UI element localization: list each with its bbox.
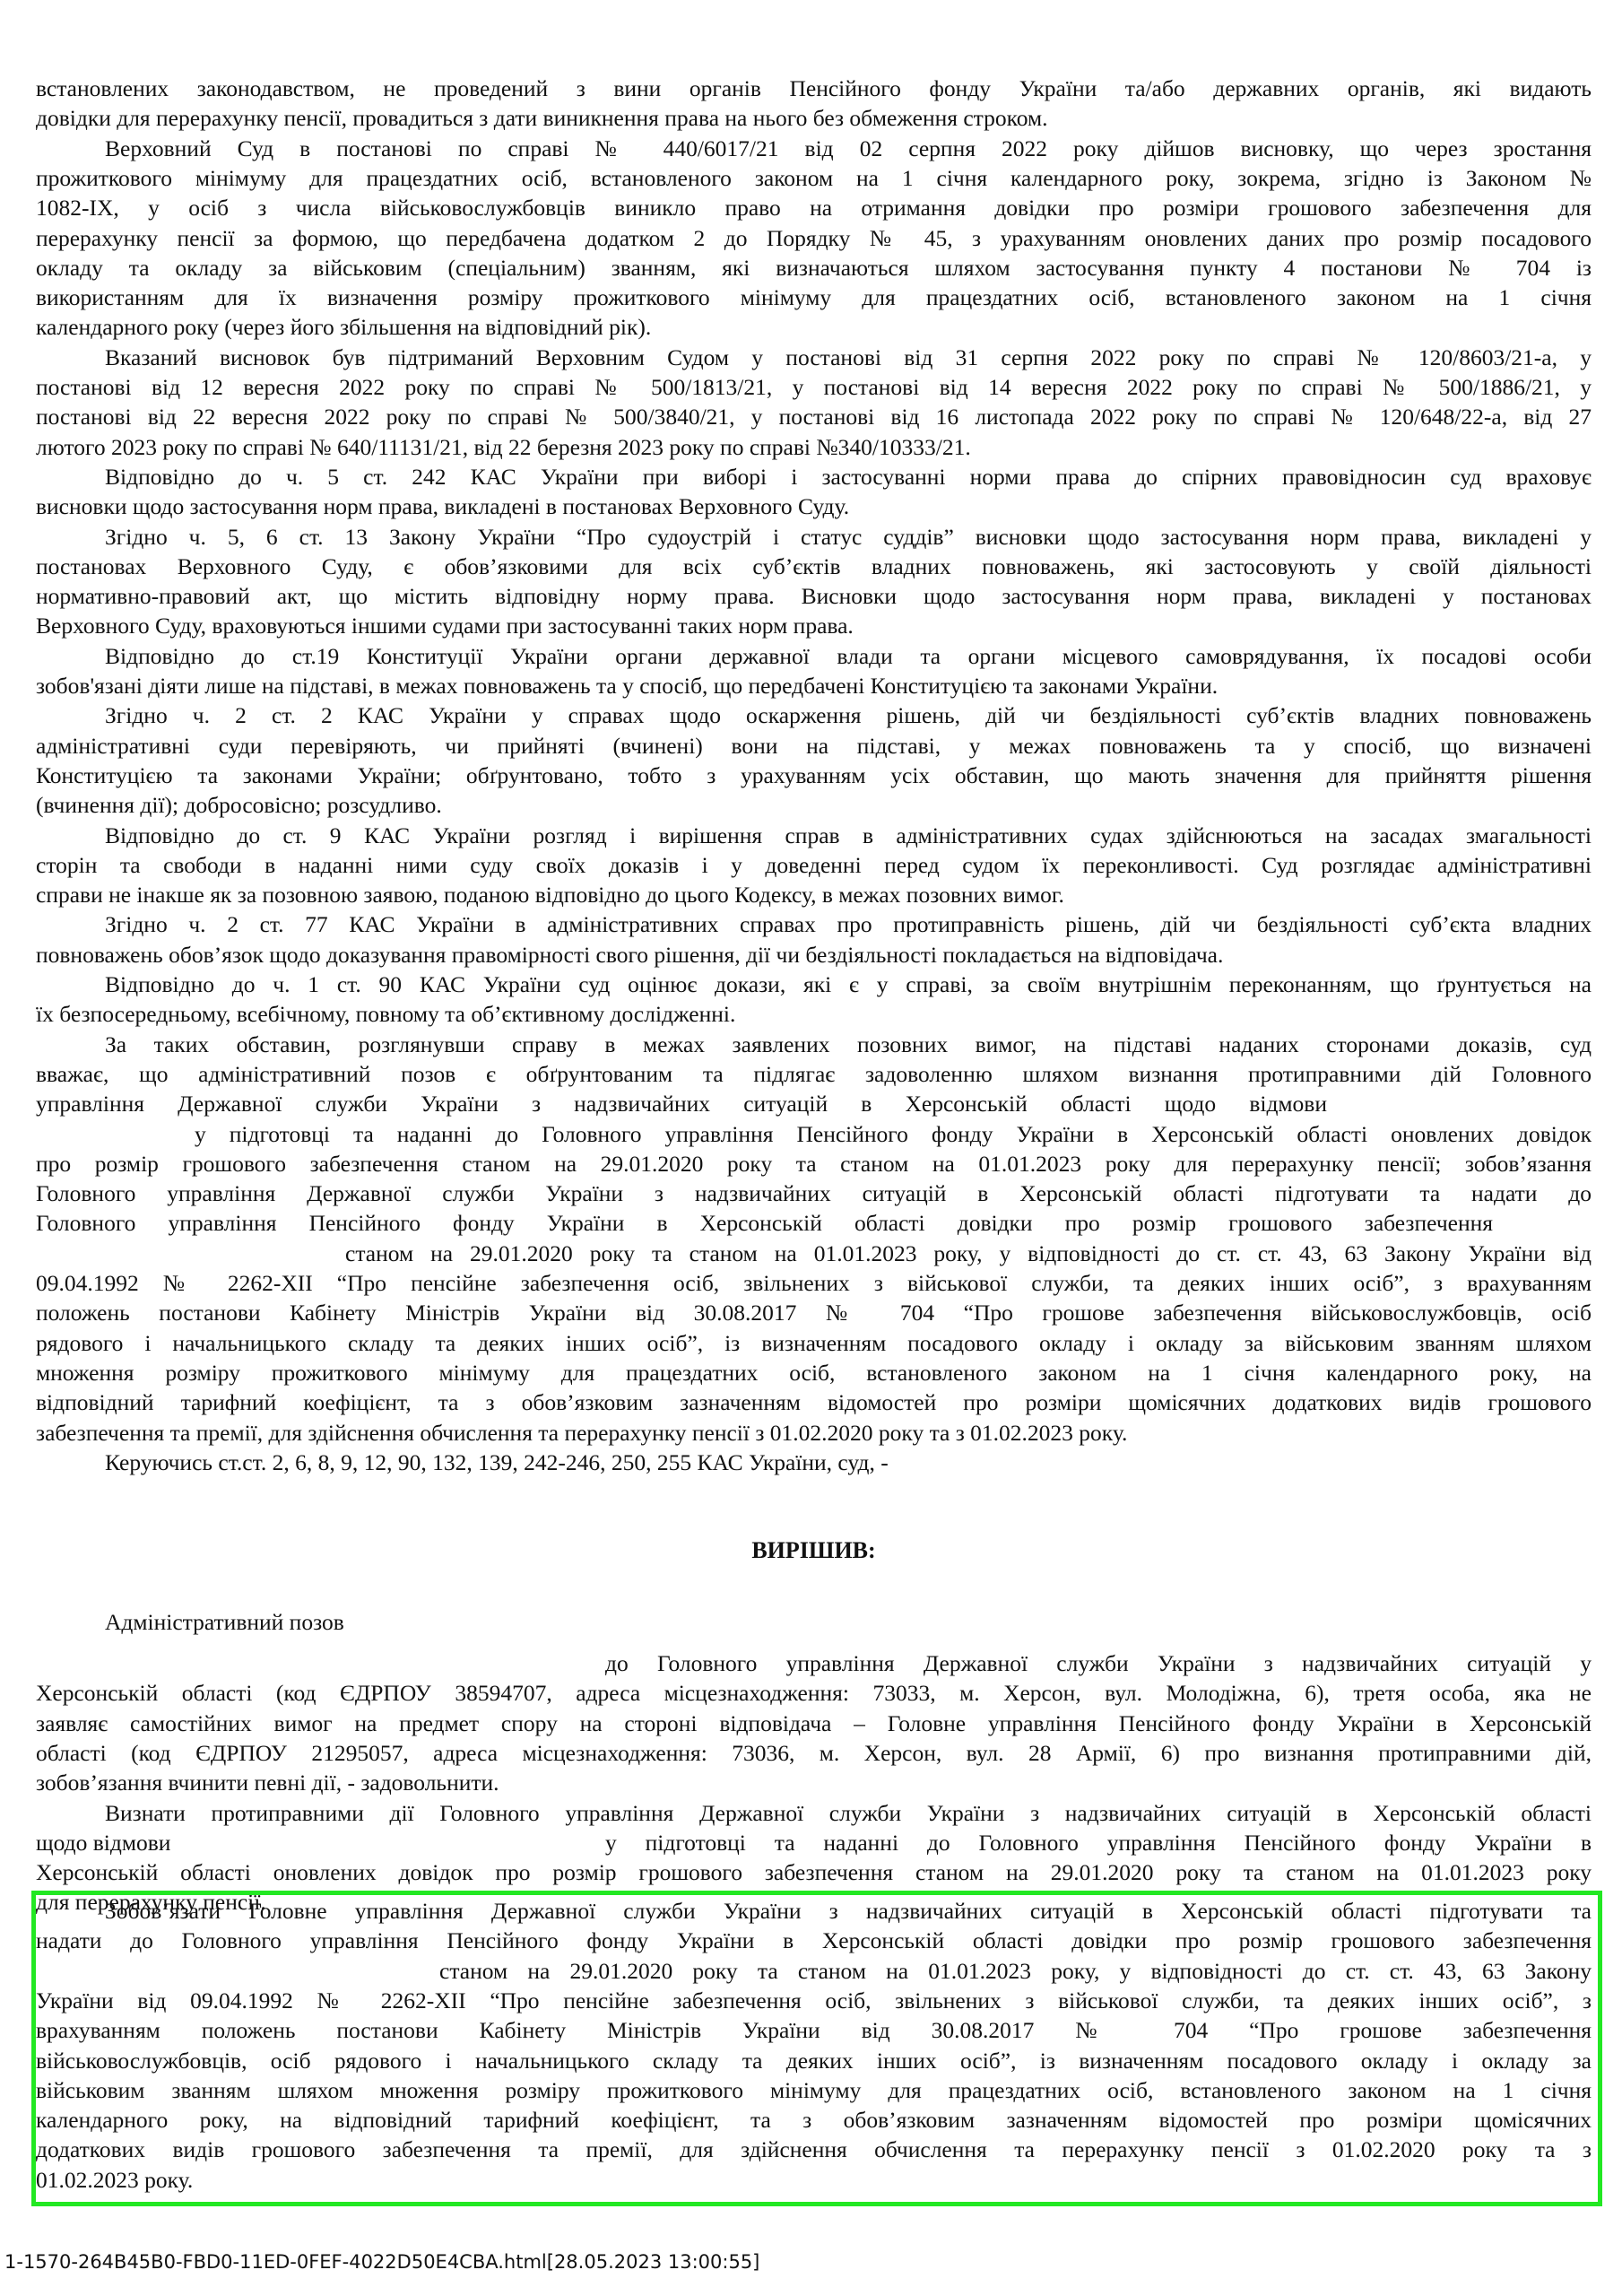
text-line: встановлених законодавством, не проведен… <box>36 74 1592 103</box>
text-line: станом на 29.01.2020 року та станом на 0… <box>36 1239 1592 1268</box>
text-line: Адміністративний позов <box>36 1607 1592 1637</box>
text-line: справи не інакше як за позовною заявою, … <box>36 880 1592 909</box>
file-footer: 1-1570-264B45B0-FBD0-11ED-0FEF-4022D50E4… <box>4 2251 759 2273</box>
text-line: адміністративні суди перевіряють, чи при… <box>36 731 1592 761</box>
text-line: Визнати протиправними дії Головного упра… <box>36 1798 1592 1828</box>
text-line: рядового і начальницького складу та деяк… <box>36 1328 1592 1358</box>
text-line: перерахунку пенсії за формою, що передба… <box>36 223 1592 253</box>
text-line: у підготовці та наданні до Головного упр… <box>36 1119 1592 1149</box>
text-line: Згідно ч. 5, 6 ст. 13 Закону України “Пр… <box>36 522 1592 552</box>
text-line: управління Державної служби України з на… <box>36 1089 1327 1118</box>
text-line: зобов’язання вчинити певні дії, - задово… <box>36 1768 1592 1797</box>
text-line: забезпечення та премії, для здійснення о… <box>36 1418 1592 1448</box>
text-line: 09.04.1992 № 2262-ХІІ “Про пенсійне забе… <box>36 1268 1592 1298</box>
text-line: області (код ЄДРПОУ 21295057, адреса міс… <box>36 1738 1592 1768</box>
text-line: Верховний Суд в постанові по справі № 44… <box>36 134 1592 163</box>
text-line: прожиткового мінімуму для працездатних о… <box>36 163 1592 193</box>
text-line: окладу та окладу за військовим (спеціаль… <box>36 253 1592 283</box>
text-line: 1082-ІХ, у осіб з числа військовослужбов… <box>36 193 1592 222</box>
text-line: Керуючись ст.ст. 2, 6, 8, 9, 12, 90, 132… <box>36 1448 1592 1477</box>
text-line: Вказаний висновок був підтриманий Верхов… <box>36 343 1592 372</box>
text-line: лютого 2023 року по справі № 640/11131/2… <box>36 432 1592 462</box>
text-line: Відповідно до ст.19 Конституції України … <box>36 641 1592 671</box>
text-line: у підготовці та наданні до Головного упр… <box>605 1828 1592 1857</box>
text-line: Відповідно до ст. 9 КАС України розгляд … <box>36 821 1592 850</box>
text-line: нормативно-правовий акт, що містить відп… <box>36 581 1592 611</box>
highlight-box <box>31 1891 1602 2206</box>
text-line: За таких обставин, розглянувши справу в … <box>36 1030 1592 1059</box>
text-line: висновки щодо застосування норм права, в… <box>36 491 1592 521</box>
text-line: множення розміру прожиткового мінімуму д… <box>36 1358 1592 1387</box>
text-line: Конституцією та законами України; обґрун… <box>36 761 1592 790</box>
text-line: календарного року (через його збільшення… <box>36 312 1592 342</box>
text-line: постанові від 22 вересня 2022 року по сп… <box>36 402 1592 431</box>
text-line: Відповідно до ч. 1 ст. 90 КАС України су… <box>36 970 1592 999</box>
decision-heading: ВИРІШИВ: <box>36 1535 1592 1565</box>
text-line: до Головного управління Державної служби… <box>36 1648 1592 1678</box>
text-line: вважає, що адміністративний позов є обґр… <box>36 1059 1592 1089</box>
text-line: заявляє самостійних вимог на предмет спо… <box>36 1709 1592 1738</box>
text-line: Головного управління Пенсійного фонду Ук… <box>36 1208 1493 1238</box>
text-line: сторін та свободи в наданні ними суду св… <box>36 850 1592 880</box>
text-line: Верховного Суду, враховуються іншими суд… <box>36 611 1592 640</box>
text-line: довідки для перерахунку пенсії, провадит… <box>36 103 1592 133</box>
text-line: постанові від 12 вересня 2022 року по сп… <box>36 372 1592 402</box>
text-line: про розмір грошового забезпечення станом… <box>36 1149 1592 1178</box>
text-line: Херсонській області оновлених довідок пр… <box>36 1857 1592 1887</box>
text-line: їх безпосередньому, всебічному, повному … <box>36 999 1592 1029</box>
text-line: постановах Верховного Суду, є обов’язков… <box>36 552 1592 581</box>
text-line: відповідний тарифний коефіцієнт, та з об… <box>36 1387 1592 1417</box>
text-line: зобов'язані діяти лише на підставі, в ме… <box>36 671 1592 700</box>
text-line: положень постанови Кабінету Міністрів Ук… <box>36 1298 1592 1327</box>
text-line: використанням для їх визначення розміру … <box>36 283 1592 312</box>
text-line: повноважень обов’язок щодо доказування п… <box>36 940 1592 970</box>
text-line: Відповідно до ч. 5 ст. 242 КАС України п… <box>36 462 1592 491</box>
text-line: Херсонській області (код ЄДРПОУ 38594707… <box>36 1678 1592 1708</box>
text-line: Головного управління Державної служби Ук… <box>36 1178 1592 1208</box>
text-line: Згідно ч. 2 ст. 2 КАС України у справах … <box>36 700 1592 730</box>
text-line: (вчинення дії); добросовісно; розсудливо… <box>36 790 1592 820</box>
text-line: Згідно ч. 2 ст. 77 КАС України в адмініс… <box>36 909 1592 939</box>
